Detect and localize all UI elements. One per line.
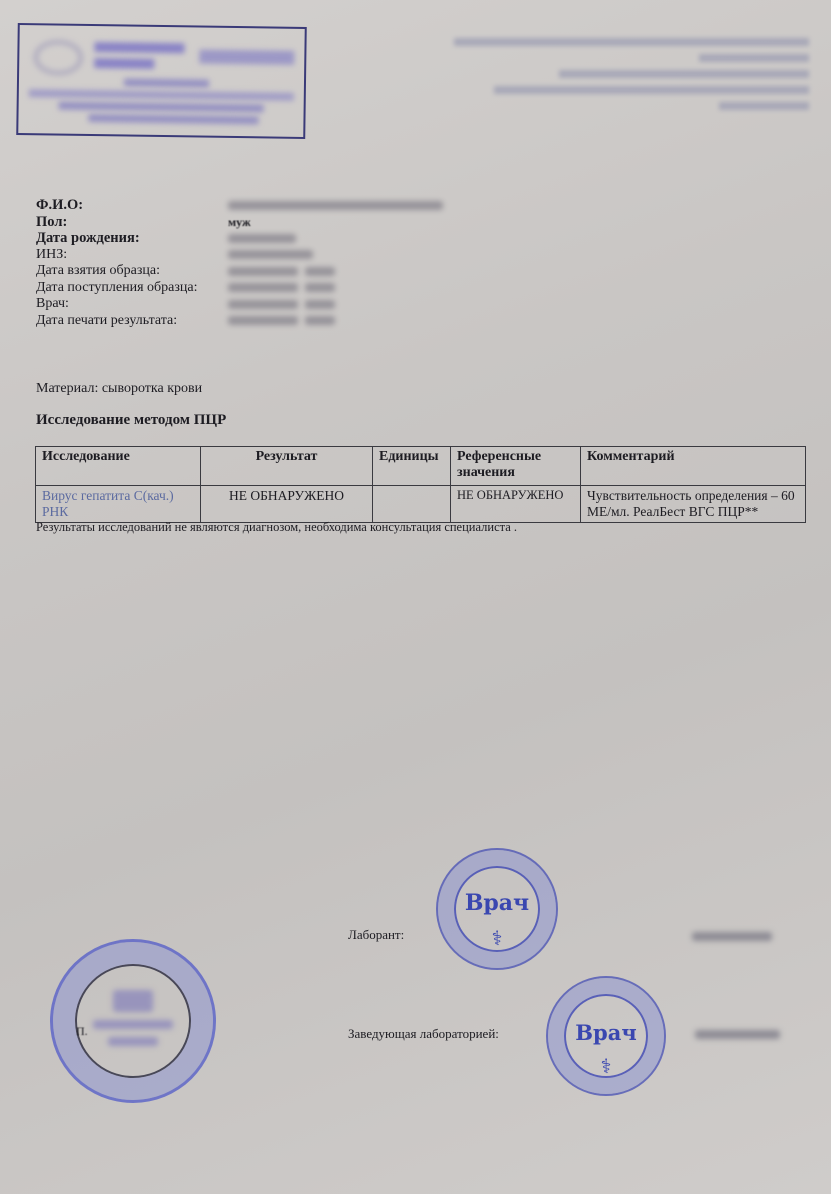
cell-result: НЕ ОБНАРУЖЕНО <box>201 486 373 523</box>
cell-units <box>373 486 451 523</box>
field-receipt-date: Дата поступления образца: <box>36 280 443 297</box>
table-row: Вирус гепатита С(кач.) РНК НЕ ОБНАРУЖЕНО… <box>36 486 806 523</box>
results-table: Исследование Результат Единицы Референсн… <box>35 446 806 523</box>
lab-assistant-label: Лаборант: <box>348 927 404 943</box>
col-result: Результат <box>201 447 373 486</box>
lab-head-label: Заведующая лабораторией: <box>348 1026 499 1042</box>
receipt-date-redacted <box>228 283 298 292</box>
stamp-word: Врач <box>564 1020 648 1045</box>
fio-redacted <box>228 201 443 210</box>
field-sex: Пол: муж <box>36 214 443 231</box>
field-birthdate: Дата рождения: <box>36 230 443 247</box>
lab-head-name-redacted <box>695 1030 780 1039</box>
inz-redacted <box>228 250 313 259</box>
field-label: Дата взятия образца: <box>36 263 228 280</box>
birthdate-redacted <box>228 234 296 243</box>
sex-value: муж <box>228 214 251 231</box>
col-reference: Референсные значения <box>451 447 581 486</box>
field-label: Дата поступления образца: <box>36 280 228 297</box>
print-date-redacted <box>228 316 298 325</box>
field-inz: ИНЗ: <box>36 247 443 264</box>
stamp-word: Врач <box>454 890 540 916</box>
receipt-time-redacted <box>305 283 335 292</box>
disclaimer: Результаты исследований не являются диаг… <box>36 520 517 535</box>
field-label: Пол: <box>36 214 228 231</box>
table-header-row: Исследование Результат Единицы Референсн… <box>36 447 806 486</box>
organization-round-seal <box>53 942 213 1100</box>
field-sample-date: Дата взятия образца: <box>36 263 443 280</box>
doctor-stamp-lab-assistant: Врач ⚕ <box>438 850 556 968</box>
col-comment: Комментарий <box>581 447 806 486</box>
field-label: Дата печати результата: <box>36 313 228 330</box>
lab-assistant-name-redacted <box>692 932 772 941</box>
caduceus-icon: ⚕ <box>454 926 540 951</box>
field-doctor: Врач: <box>36 296 443 313</box>
field-fio: Ф.И.О: <box>36 197 443 214</box>
section-title: Исследование методом ПЦР <box>36 412 226 429</box>
caduceus-icon: ⚕ <box>564 1054 648 1079</box>
col-test: Исследование <box>36 447 201 486</box>
doctor-redacted <box>228 300 298 309</box>
doctor-redacted-2 <box>305 300 335 309</box>
col-units: Единицы <box>373 447 451 486</box>
clinic-logo-icon <box>33 39 83 76</box>
cell-comment: Чувствительность определения – 60 МЕ/мл.… <box>581 486 806 523</box>
doctor-stamp-lab-head: Врач ⚕ <box>548 978 664 1094</box>
cell-test: Вирус гепатита С(кач.) РНК <box>36 486 201 523</box>
print-time-redacted <box>305 316 335 325</box>
cell-reference: НЕ ОБНАРУЖЕНО <box>451 486 581 523</box>
clinic-header-stamp <box>16 23 307 139</box>
patient-info: Ф.И.О: Пол: муж Дата рождения: ИНЗ: Дата… <box>36 197 443 329</box>
field-label: ИНЗ: <box>36 247 228 264</box>
seal-fragment: П. <box>76 1024 88 1039</box>
field-label: Ф.И.О: <box>36 197 228 214</box>
sample-date-redacted <box>228 267 298 276</box>
material-line: Материал: сыворотка крови <box>36 381 202 397</box>
field-print-date: Дата печати результата: <box>36 313 443 330</box>
organization-info <box>454 38 809 118</box>
field-label: Дата рождения: <box>36 230 228 247</box>
field-label: Врач: <box>36 296 228 313</box>
sample-time-redacted <box>305 267 335 276</box>
